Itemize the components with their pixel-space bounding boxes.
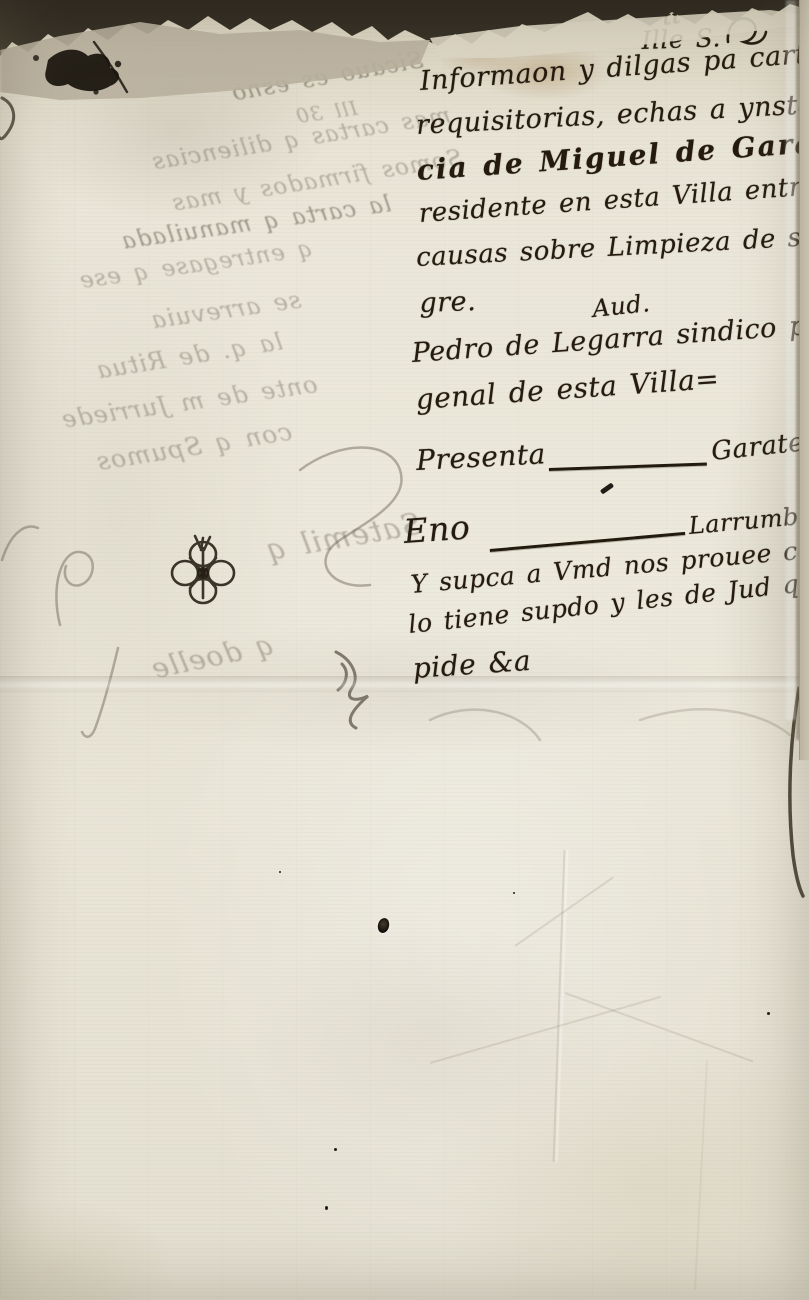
scan-vignette — [0, 0, 809, 1300]
manuscript-page: Sicauo es esno Ill 30 mas cartas q dilie… — [0, 0, 809, 1300]
